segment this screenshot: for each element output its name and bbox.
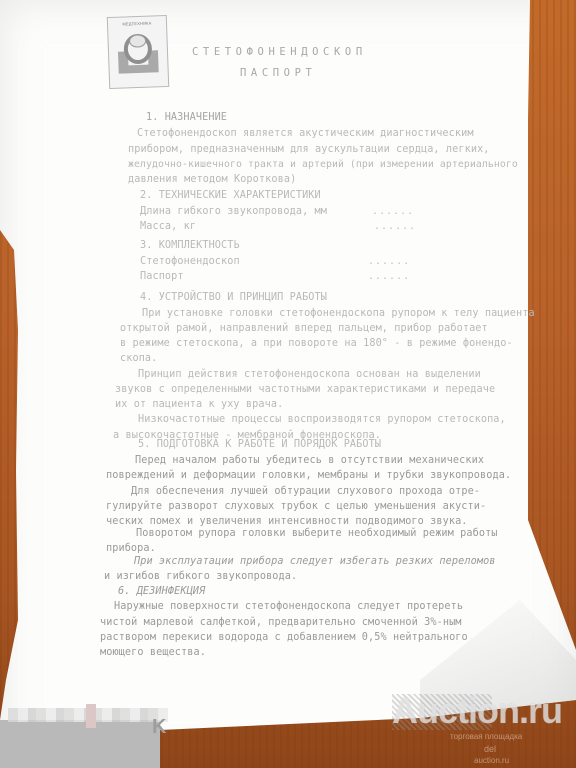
section-6-heading: 6. ДЕЗИНФЕКЦИЯ (118, 586, 205, 597)
contents-value: ...... (368, 271, 410, 282)
pixelated-logo-letter: K (152, 716, 166, 739)
pixelated-logo-accent (86, 704, 96, 728)
section-4-line: Принцип действия стетофонендоскопа основ… (138, 369, 481, 380)
section-4-line: открытой рамой, направлений вперед пальц… (120, 323, 488, 334)
contents-label: Стетофонендоскоп (140, 256, 240, 267)
section-3-heading: 3. КОМПЛЕКТНОСТЬ (140, 240, 240, 251)
section-6-line: Наружные поверхности стетофонендоскопа с… (114, 601, 463, 612)
contents-label: Паспорт (140, 271, 184, 282)
section-4-line: в режиме стетоскопа, а при повороте на 1… (120, 338, 513, 349)
section-5-line: Перед началом работы убедитесь в отсутст… (135, 455, 484, 466)
document-subtitle: ПАСПОРТ (240, 67, 316, 79)
pixelated-overlay (0, 720, 160, 768)
section-5-line: прибора. (106, 543, 156, 554)
section-4-line: звуков с определенными частотными характ… (115, 384, 495, 395)
watermark-brand: Auction.ru (392, 690, 562, 732)
section-5-line: Для обеспечения лучшей обтурации слухово… (131, 486, 480, 497)
section-5-line: и изгибов гибкого звукопровода. (104, 571, 297, 582)
contents-value: ...... (368, 256, 410, 267)
manufacturer-logo: МЕДТЕХНИКА (107, 15, 169, 89)
watermark-sub-text: торговая площадка (450, 732, 522, 741)
section-1-line: давления методом Короткова) (128, 174, 296, 185)
section-6-line: раствором перекиси водорода с добавление… (100, 632, 468, 643)
watermark-sub-text: auction.ru (474, 756, 509, 765)
spec-value: ...... (374, 221, 416, 232)
document-title: СТЕТОФОНЕНДОСКОП (192, 46, 367, 58)
section-4-line: При установке головки стетофонендоскопа … (142, 308, 535, 319)
spec-label: Длина гибкого звукопровода, мм (140, 206, 327, 217)
section-1-line: желудочно-кишечного тракта и артерий (пр… (128, 159, 518, 170)
section-1-heading: 1. НАЗНАЧЕНИЕ (146, 112, 227, 123)
section-4-line: скопа. (120, 353, 157, 364)
section-1-line: прибором, предназначенным для аускультац… (128, 144, 490, 155)
watermark-sub-text: del (484, 744, 496, 754)
spec-value: ...... (372, 206, 414, 217)
section-5-line: повреждений и деформации головки, мембра… (106, 470, 511, 481)
spec-label: Масса, кг (140, 221, 196, 232)
section-6-line: чистой марлевой салфеткой, предварительн… (100, 617, 462, 628)
section-4-heading: 4. УСТРОЙСТВО И ПРИНЦИП РАБОТЫ (140, 292, 327, 303)
section-1-line: Стетофонендоскоп является акустическим д… (137, 128, 474, 139)
section-5-line: гулируйте разворот слуховых трубок с цел… (106, 501, 486, 512)
section-6-line: моющего вещества. (100, 647, 206, 658)
logo-text: МЕДТЕХНИКА (112, 20, 162, 27)
section-5-heading: 5. ПОДГОТОВКА К РАБОТЕ И ПОРЯДОК РАБОТЫ (138, 439, 381, 450)
section-5-line: Поворотом рупора головки выберите необхо… (136, 528, 498, 539)
section-2-heading: 2. ТЕХНИЧЕСКИЕ ХАРАКТЕРИСТИКИ (140, 190, 321, 201)
section-5-line: ческих помех и увеличения интенсивности … (106, 516, 468, 527)
section-4-line: Низкочастотные процессы воспроизводятся … (138, 414, 506, 425)
section-5-line: При эксплуатации прибора следует избегат… (134, 556, 496, 567)
section-4-line: их от пациента к уху врача. (115, 399, 283, 410)
stethoscope-emblem-icon (114, 28, 162, 80)
